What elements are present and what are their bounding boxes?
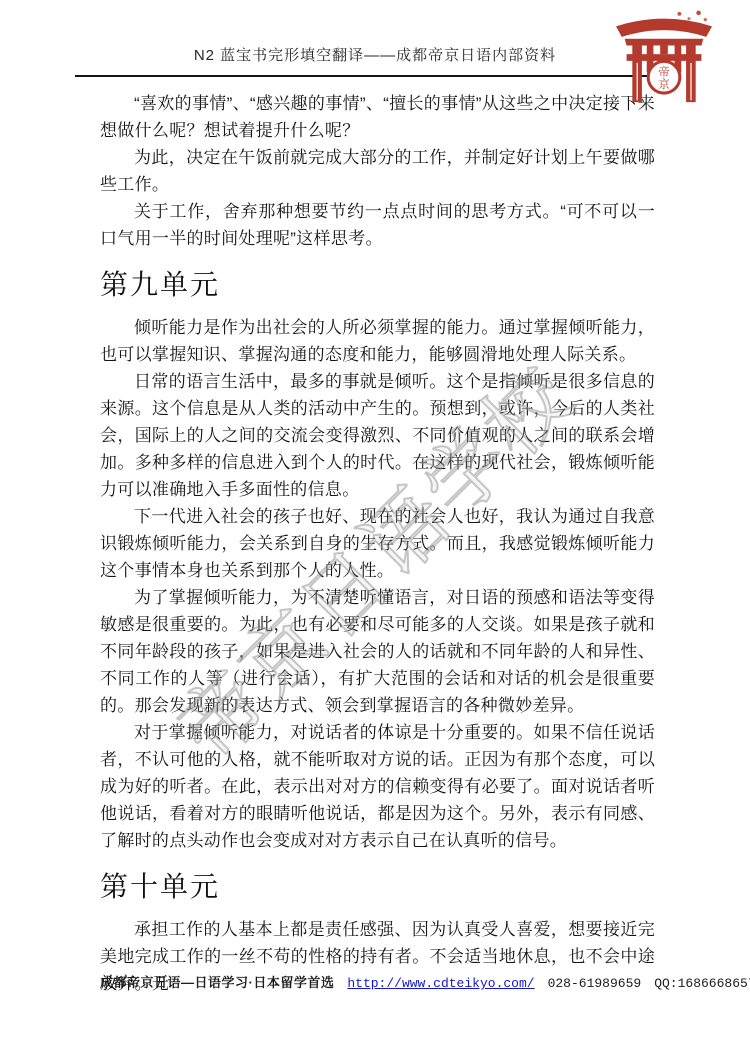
teikyo-torii-logo-icon: 帝 京 — [614, 10, 714, 106]
footer-website-link[interactable]: http://www.cdteikyo.com/ — [347, 976, 534, 991]
paragraph: 倾听能力是作为出社会的人所必须掌握的能力。通过掌握倾听能力，也可以掌握知识、掌握… — [100, 314, 655, 368]
header-divider — [75, 75, 648, 77]
paragraph: 下一代进入社会的孩子也好、现在的社会人也好，我认为通过自我意识锻炼倾听能力，会关… — [100, 503, 655, 584]
logo-badge-char-top: 帝 — [658, 64, 670, 78]
paragraph: 对于掌握倾听能力，对说话者的体谅是十分重要的。如果不信任说话者，不认可他的人格，… — [100, 719, 655, 854]
footer-brand-text: 成都帝京日语—日语学习·日本留学首选 — [100, 972, 334, 991]
paragraph: “喜欢的事情”、“感兴趣的事情”、“擅长的事情”从这些之中决定接下来想做什么呢？… — [100, 90, 655, 144]
unit-10-heading: 第十单元 — [100, 870, 655, 904]
unit-9-heading: 第九单元 — [100, 268, 655, 302]
page-header: N2 蓝宝书完形填空翻译——成都帝京日语内部资料 — [0, 0, 750, 77]
paragraph: 为此，决定在午饭前就完成大部分的工作，并制定好计划上午要做哪些工作。 — [100, 144, 655, 198]
footer-phone-number: 028-61989659 — [548, 976, 642, 991]
document-page: N2 蓝宝书完形填空翻译——成都帝京日语内部资料 — [0, 0, 750, 1060]
paragraph: 关于工作，舍弃那种想要节约一点点时间的思考方式。“可不可以一口气用一半的时间处理… — [100, 198, 655, 252]
logo-badge-char-bottom: 京 — [658, 77, 670, 91]
paragraph: 日常的语言生活中，最多的事就是倾听。这个是指倾听是很多信息的来源。这个信息是从人… — [100, 368, 655, 503]
page-footer: 成都帝京日语—日语学习·日本留学首选 http://www.cdteikyo.c… — [100, 972, 655, 992]
footer-qq-number: QQ:1686668657 — [654, 976, 750, 991]
paragraph: 为了掌握倾听能力，为不清楚听懂语言，对日语的预感和语法等变得敏感是很重要的。为此… — [100, 584, 655, 719]
document-body: “喜欢的事情”、“感兴趣的事情”、“擅长的事情”从这些之中决定接下来想做什么呢？… — [0, 77, 750, 997]
